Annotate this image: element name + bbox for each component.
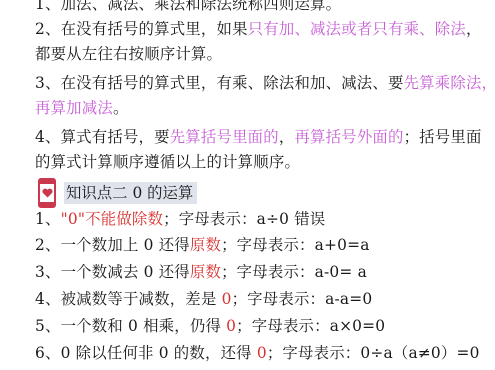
rule-4: 4、算式有括号，要先算括号里面的，再算括号外面的；括号里面 [35, 127, 482, 147]
text: ；字母表示：a÷0 错误 [163, 210, 325, 228]
rule-3-cont: 再算加减法。 [35, 98, 129, 118]
text: 的算式计算顺序遵循以上的计算顺序。 [35, 153, 300, 171]
highlight: 0 [257, 344, 267, 362]
text: ， [279, 128, 295, 146]
text: 2、一个数加上 0 还得 [35, 236, 190, 254]
highlight: 再算括号外面的 [294, 128, 403, 146]
text: 3、在没有括号的算式里，有乘、除法和加、减法、要 [35, 74, 404, 92]
text: 5、一个数和 0 相乘，仍得 [35, 317, 226, 335]
phone-heart-icon [38, 178, 56, 208]
rule-2-cont: 都要从左往右按顺序计算。 [35, 44, 222, 64]
text: ；字母表示：a+0=a [221, 236, 369, 254]
text: 3、一个数减去 0 还得 [35, 263, 190, 281]
highlight: 先算乘除法， [404, 74, 495, 92]
highlight: 再算加减法 [35, 99, 113, 117]
zero-rule-6: 6、0 除以任何非 0 的数，还得 0；字母表示：0÷a（a≠0）=0 [35, 343, 480, 363]
highlight: "0"不能做除数 [61, 210, 164, 228]
rule-1-text: 1、加法、减法、乘法和除法统称四则运算。 [35, 0, 341, 13]
text: 2、在没有括号的算式里，如果 [35, 20, 248, 38]
text: 4、被减数等于减数，差是 [35, 290, 222, 308]
text: ；字母表示：0÷a（a≠0）=0 [267, 344, 480, 362]
text: ；字母表示：a-a=0 [232, 290, 373, 308]
zero-rule-5: 5、一个数和 0 相乘，仍得 0；字母表示：a×0=0 [35, 316, 385, 336]
text: ， [466, 20, 482, 38]
text: 。 [113, 99, 129, 117]
text: 都要从左往右按顺序计算。 [35, 45, 222, 63]
highlight: 0 [222, 290, 232, 308]
rule-3: 3、在没有括号的算式里，有乘、除法和加、减法、要先算乘除法， [35, 73, 495, 93]
text: 6、0 除以任何非 0 的数，还得 [35, 344, 257, 362]
zero-rule-2: 2、一个数加上 0 还得原数；字母表示：a+0=a [35, 235, 370, 255]
text: 1、 [35, 210, 61, 228]
rule-2: 2、在没有括号的算式里，如果只有加、减法或者只有乘、除法， [35, 19, 482, 39]
zero-rule-3: 3、一个数减去 0 还得原数；字母表示：a-0= a [35, 262, 367, 282]
zero-rule-4: 4、被减数等于减数，差是 0；字母表示：a-a=0 [35, 289, 372, 309]
highlight: 先算括号里面的 [170, 128, 279, 146]
text: ；字母表示：a×0=0 [236, 317, 385, 335]
text: 4、算式有括号，要 [35, 128, 170, 146]
text: ；括号里面 [404, 128, 482, 146]
zero-rule-1: 1、"0"不能做除数；字母表示：a÷0 错误 [35, 209, 325, 229]
highlight: 原数 [190, 236, 221, 254]
highlight: 只有加、减法或者只有乘、除法 [248, 20, 466, 38]
rule-1: 1、加法、减法、乘法和除法统称四则运算。 [35, 0, 341, 14]
highlight: 0 [226, 317, 236, 335]
highlight: 原数 [190, 263, 221, 281]
section-header: 知识点二 0 的运算 [38, 177, 197, 209]
section-title: 知识点二 0 的运算 [64, 182, 197, 204]
text: ；字母表示：a-0= a [221, 263, 367, 281]
rule-4-cont: 的算式计算顺序遵循以上的计算顺序。 [35, 152, 300, 172]
